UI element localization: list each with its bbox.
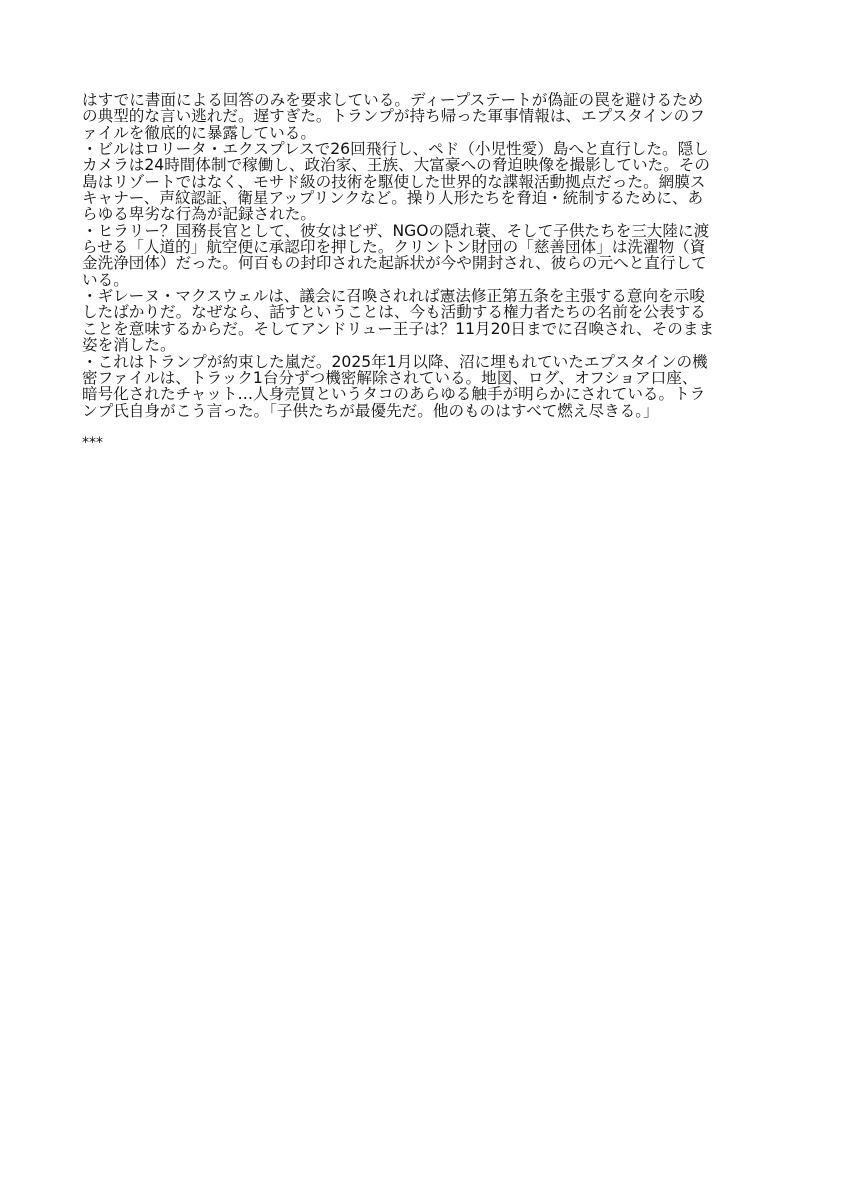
text-line: ァイルを徹底的に暴露している。 xyxy=(82,125,766,141)
text-line: らゆる卑劣な行為が記録された。 xyxy=(82,206,766,222)
text-line: 島はリゾートではなく、モサド級の技術を駆使した世界的な諜報活動拠点だった。網膜ス xyxy=(82,174,766,190)
text-line: 密ファイルは、トラック1台分ずつ機密解除されている。地図、ログ、オフショア口座、 xyxy=(82,370,766,386)
document-page: はすでに書面による回答のみを要求している。ディープステートが偽証の罠を避けるため… xyxy=(82,92,766,452)
bullet-bill-line: ・ビルはロリータ・エクスプレスで26回飛行し、ペド（小児性愛）島へと直行した。隠… xyxy=(82,141,766,157)
blank-line xyxy=(82,419,766,435)
text-line: カメラは24時間体制で稼働し、政治家、王族、大富豪への脅迫映像を撮影していた。そ… xyxy=(82,157,766,173)
bullet-hillary-line: ・ヒラリー？国務長官として、彼女はビザ、NGOの隠れ蓑、そして子供たちを三大陸に… xyxy=(82,223,766,239)
text-line: ことを意味するからだ。そしてアンドリュー王子は？11月20日までに召喚され、その… xyxy=(82,321,766,337)
text-line: らせる「人道的」航空便に承認印を押した。クリントン財団の「慈善団体」は洗濯物（資 xyxy=(82,239,766,255)
text-line: 姿を消した。 xyxy=(82,337,766,353)
text-line: いる。 xyxy=(82,272,766,288)
text-line: キャナー、声紋認証、衛星アップリンクなど。操り人形たちを脅迫・統制するために、あ xyxy=(82,190,766,206)
text-line: 金洗浄団体）だった。何百もの封印された起訴状が今や開封され、彼らの元へと直行して xyxy=(82,255,766,271)
body-paragraphs: はすでに書面による回答のみを要求している。ディープステートが偽証の罠を避けるため… xyxy=(82,92,766,419)
bullet-storm-line: ・これはトランプが約束した嵐だ。2025年1月以降、沼に埋もれていたエプスタイン… xyxy=(82,354,766,370)
text-line: の典型的な言い逃れだ。遅すぎた。トランプが持ち帰った軍事情報は、エプスタインのフ xyxy=(82,108,766,124)
text-line: 暗号化されたチャット…人身売買というタコのあらゆる触手が明らかにされている。トラ xyxy=(82,386,766,402)
text-line: したばかりだ。なぜなら、話すということは、今も活動する権力者たちの名前を公表する xyxy=(82,304,766,320)
text-line: ンプ氏自身がこう言った。「子供たちが最優先だ。他のものはすべて燃え尽きる。」 xyxy=(82,403,766,419)
text-line: はすでに書面による回答のみを要求している。ディープステートが偽証の罠を避けるため xyxy=(82,92,766,108)
section-separator: *** xyxy=(82,435,766,451)
